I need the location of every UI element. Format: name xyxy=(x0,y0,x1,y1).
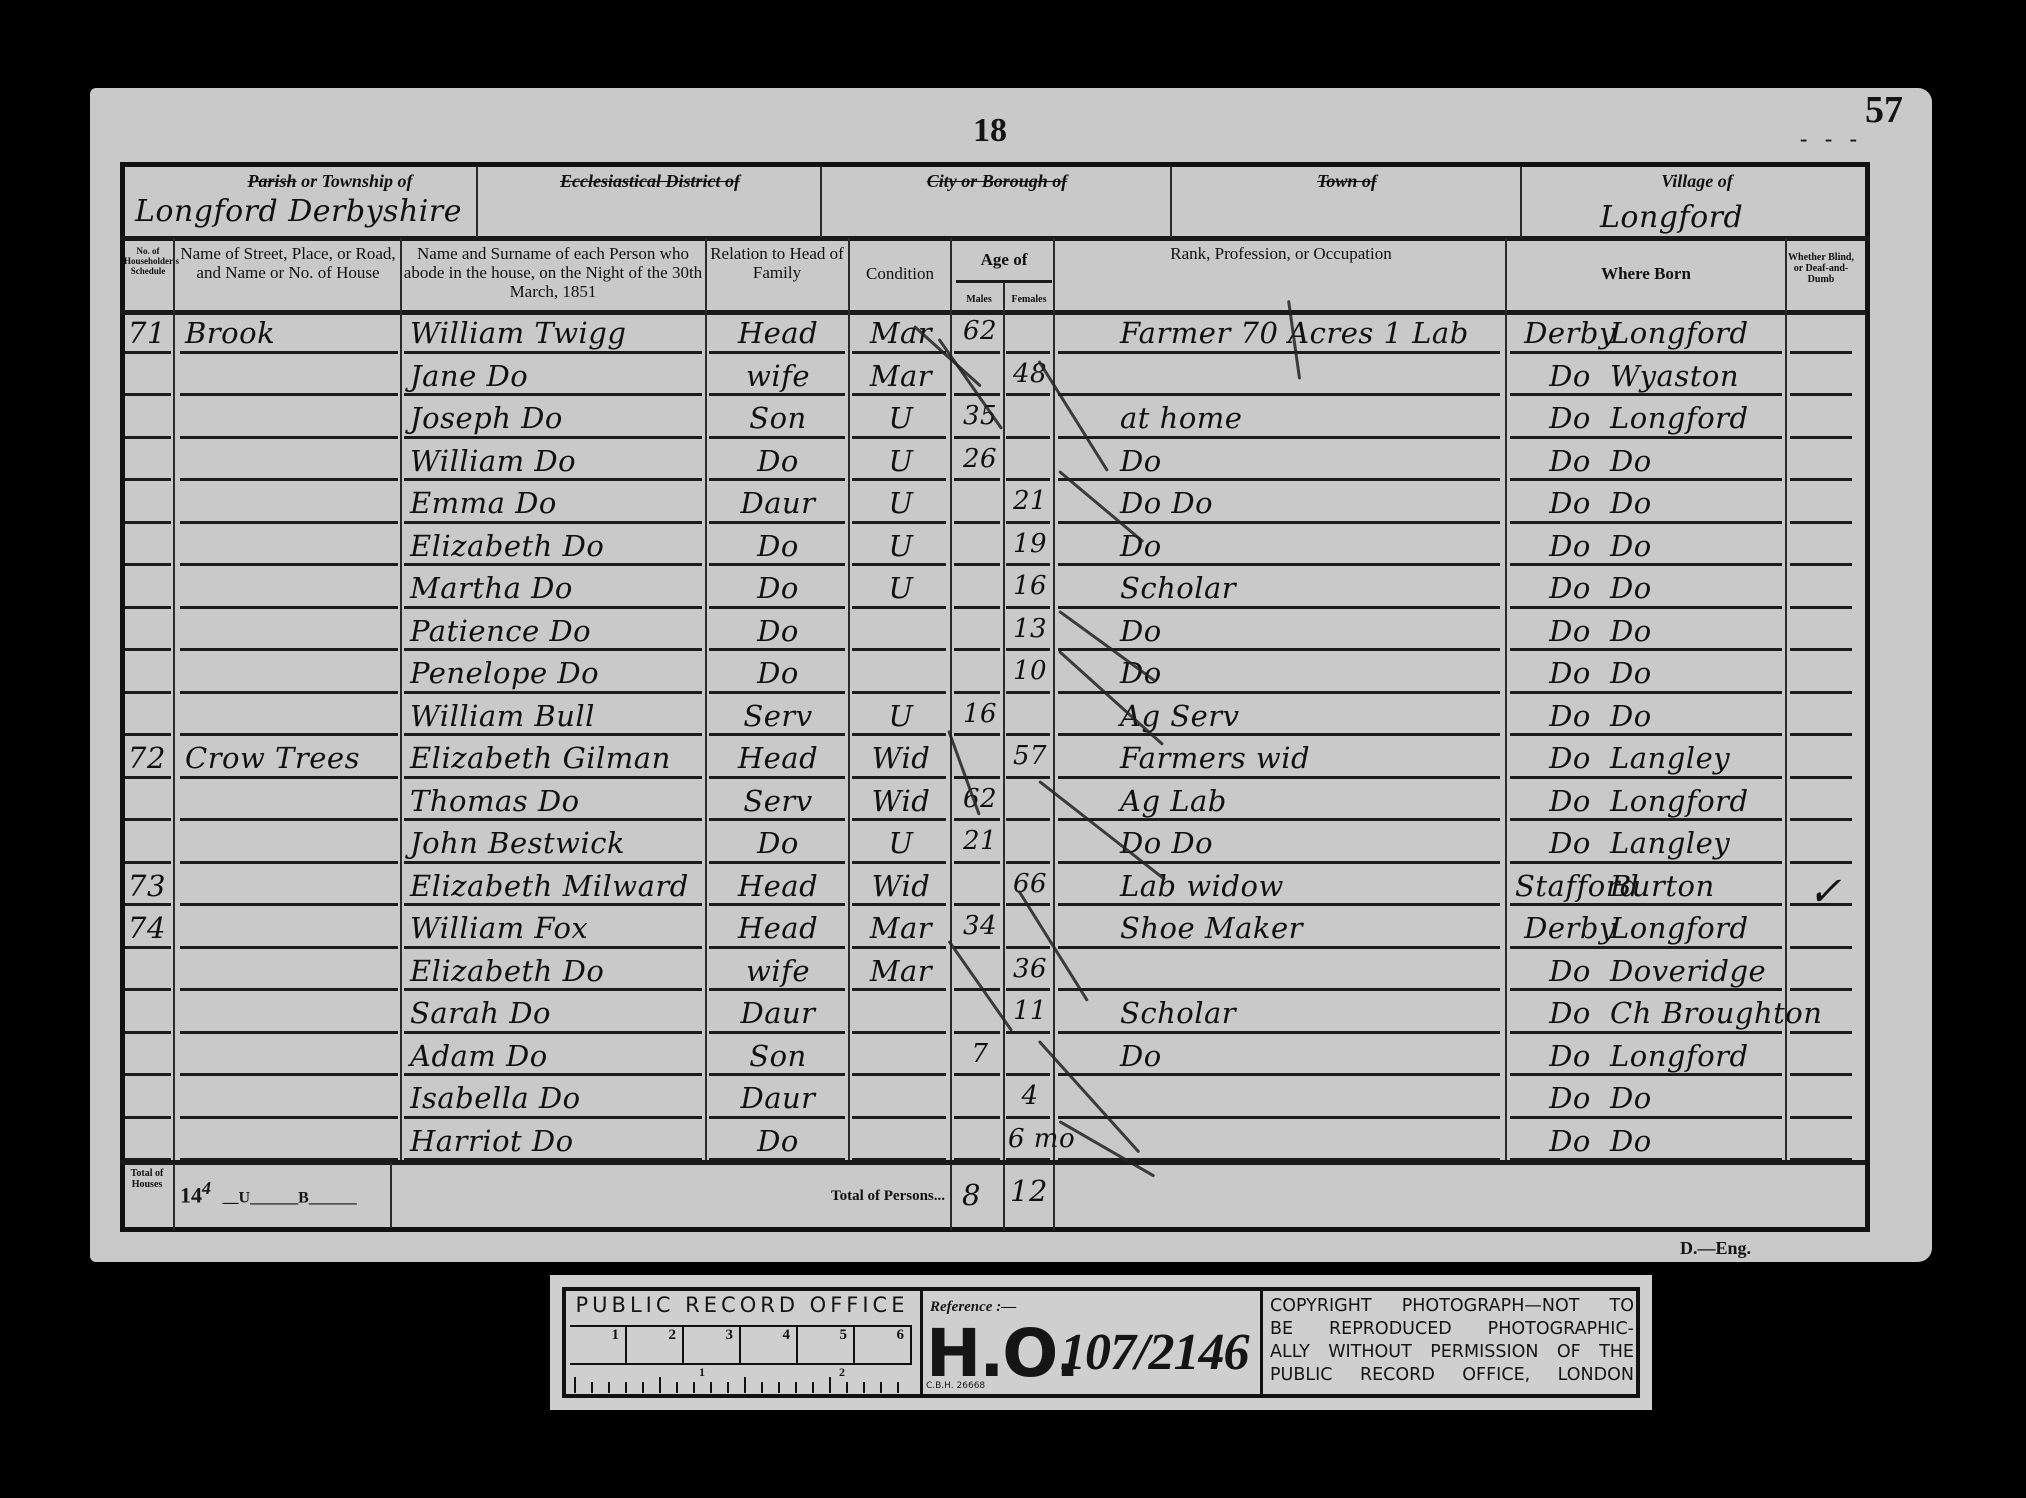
cell-female-age: 13 xyxy=(1008,614,1052,644)
cell-female-age: 36 xyxy=(1008,954,1052,984)
cell-born-place: Langley xyxy=(1610,741,1782,775)
scale-ticks xyxy=(574,1377,910,1393)
cell-schedule: 72 xyxy=(128,741,168,775)
cell-born-county: Do xyxy=(1515,444,1625,478)
cell-condition: Wid xyxy=(856,741,946,775)
cell-relation: Daur xyxy=(712,486,844,520)
cell-relation: Do xyxy=(712,444,844,478)
header-street: Name of Street, Place, or Road, and Name… xyxy=(177,244,399,282)
cell-condition: U xyxy=(856,401,946,435)
parish-label: Parish or Township of xyxy=(200,172,460,191)
header-schedule: No. of Householder's Schedule xyxy=(124,246,172,276)
cell-born-place: Doveridge xyxy=(1610,954,1782,988)
scale-cell: 1 xyxy=(570,1327,627,1363)
header-relation: Relation to Head of Family xyxy=(708,244,846,282)
cell-born-place: Do xyxy=(1610,1081,1782,1115)
cell-condition: U xyxy=(856,571,946,605)
cell-name: Thomas Do xyxy=(410,784,702,818)
cell-born-place: Ch Broughton xyxy=(1610,996,1782,1030)
cell-condition: Mar xyxy=(856,911,946,945)
cell-female-age: 19 xyxy=(1008,529,1052,559)
header-age-of: Age of xyxy=(952,250,1056,269)
reference-panel: Reference :— H.O. 107/2146 C.B.H. 26668 xyxy=(920,1289,1263,1396)
scale-top: 123456 xyxy=(570,1327,912,1363)
cell-male-age: 21 xyxy=(958,826,1002,856)
cell-born-place: Do xyxy=(1610,699,1782,733)
cell-relation: Head xyxy=(712,741,844,775)
cell-born-county: Do xyxy=(1515,954,1625,988)
cell-relation: Head xyxy=(712,316,844,350)
cell-occupation: Do xyxy=(1080,444,1540,478)
cell-name: William Fox xyxy=(410,911,702,945)
cell-born-county: Do xyxy=(1515,571,1625,605)
cell-born-county: Do xyxy=(1515,359,1625,393)
printed-page-number: 18 xyxy=(973,112,1007,150)
cell-born-place: Do xyxy=(1610,486,1782,520)
cell-occupation: Farmer 70 Acres 1 Lab xyxy=(1080,316,1540,350)
cell-born-county: Do xyxy=(1515,996,1625,1030)
copyright-line: PUBLIC RECORD OFFICE, LONDON xyxy=(1270,1364,1634,1387)
cell-born-county: Do xyxy=(1515,741,1625,775)
cell-condition: U xyxy=(856,486,946,520)
cell-name: Penelope Do xyxy=(410,656,702,690)
parish-value: Longford Derbyshire xyxy=(135,194,462,229)
cell-male-age: 7 xyxy=(958,1039,1002,1069)
cell-relation: Do xyxy=(712,529,844,563)
cell-born-county: Derby xyxy=(1515,911,1625,945)
cell-schedule: 73 xyxy=(128,869,168,903)
footer-mark: D.—Eng. xyxy=(1680,1238,1751,1259)
cell-female-age: 21 xyxy=(1008,486,1052,516)
cell-born-county: Do xyxy=(1515,1039,1625,1073)
cell-condition: Mar xyxy=(856,954,946,988)
cell-relation: Head xyxy=(712,869,844,903)
cell-relation: Do xyxy=(712,614,844,648)
cell-street: Crow Trees xyxy=(185,741,395,775)
total-females: 12 xyxy=(1010,1174,1048,1208)
cell-occupation: Farmers wid xyxy=(1080,741,1540,775)
cell-name: Sarah Do xyxy=(410,996,702,1030)
scale-cell: 4 xyxy=(741,1327,798,1363)
scale-cell: 3 xyxy=(684,1327,741,1363)
total-persons-label: Total of Persons... xyxy=(780,1187,945,1206)
cell-born-place: Do xyxy=(1610,1124,1782,1158)
town-label: Town of xyxy=(1174,172,1520,191)
cell-name: Adam Do xyxy=(410,1039,702,1073)
cell-born-place: Do xyxy=(1610,656,1782,690)
cell-name: Martha Do xyxy=(410,571,702,605)
copyright-line: COPYRIGHT PHOTOGRAPH—NOT TO xyxy=(1270,1295,1634,1318)
cbh-code: C.B.H. 26668 xyxy=(926,1381,985,1391)
cell-born-county: Do xyxy=(1515,614,1625,648)
cell-street: Brook xyxy=(185,316,395,350)
copyright-line: BE REPRODUCED PHOTOGRAPHIC- xyxy=(1270,1318,1634,1341)
cell-schedule: 74 xyxy=(128,911,168,945)
cell-occupation: Lab widow xyxy=(1080,869,1540,903)
village-label: Village of xyxy=(1524,172,1870,191)
header-condition: Condition xyxy=(850,264,950,283)
cell-name: Elizabeth Gilman xyxy=(410,741,702,775)
cell-female-age: 4 xyxy=(1008,1081,1052,1111)
cell-relation: Son xyxy=(712,401,844,435)
cell-male-age: 35 xyxy=(958,401,1002,431)
cell-schedule: 71 xyxy=(128,316,168,350)
cell-name: Patience Do xyxy=(410,614,702,648)
cell-born-place: Burton xyxy=(1610,869,1782,903)
cell-born-county: Do xyxy=(1515,486,1625,520)
cell-born-place: Langley xyxy=(1610,826,1782,860)
cell-female-age: 11 xyxy=(1008,996,1052,1026)
header-females: Females xyxy=(1004,290,1054,309)
cell-name: Emma Do xyxy=(410,486,702,520)
cell-occupation: Ag Lab xyxy=(1080,784,1540,818)
city-label: City or Borough of xyxy=(824,172,1170,191)
cell-relation: Do xyxy=(712,826,844,860)
header-where-born: Where Born xyxy=(1508,264,1784,283)
cell-name: Jane Do xyxy=(410,359,702,393)
office-name: PUBLIC RECORD OFFICE xyxy=(564,1293,920,1317)
cell-name: Elizabeth Milward xyxy=(410,869,702,903)
cell-condition: U xyxy=(856,699,946,733)
cell-occupation: Do Do xyxy=(1080,826,1540,860)
cell-relation: wife xyxy=(712,359,844,393)
cell-relation: Serv xyxy=(712,699,844,733)
cell-occupation: Do xyxy=(1080,656,1540,690)
cell-male-age: 62 xyxy=(958,784,1002,814)
cell-male-age: 62 xyxy=(958,316,1002,346)
cell-born-county: Stafford xyxy=(1515,869,1625,903)
cell-name: Isabella Do xyxy=(410,1081,702,1115)
folio-dots: - - - xyxy=(1800,126,1863,152)
cell-name: Elizabeth Do xyxy=(410,954,702,988)
header-occupation: Rank, Profession, or Occupation xyxy=(1058,244,1504,263)
cell-occupation: Do xyxy=(1080,1039,1540,1073)
header-males: Males xyxy=(954,290,1004,309)
cell-condition: Mar xyxy=(856,359,946,393)
cell-born-county: Do xyxy=(1515,784,1625,818)
cell-relation: wife xyxy=(712,954,844,988)
cell-born-place: Do xyxy=(1610,529,1782,563)
cell-born-county: Derby xyxy=(1515,316,1625,350)
scale-cell: 2 xyxy=(627,1327,684,1363)
cell-condition: Wid xyxy=(856,869,946,903)
cell-name: Elizabeth Do xyxy=(410,529,702,563)
cell-female-age: 57 xyxy=(1008,741,1052,771)
cell-condition: Wid xyxy=(856,784,946,818)
cell-blind: ✓ xyxy=(1795,869,1855,915)
cell-condition: U xyxy=(856,826,946,860)
scale-cell: 5 xyxy=(798,1327,855,1363)
public-record-office-banner: PUBLIC RECORD OFFICE 123456 1 2 Referenc… xyxy=(550,1275,1652,1410)
cell-born-place: Longford xyxy=(1610,784,1782,818)
cell-occupation: Do Do xyxy=(1080,486,1540,520)
cell-occupation: Do xyxy=(1080,614,1540,648)
cell-female-age: 66 xyxy=(1008,869,1052,899)
cell-born-place: Longford xyxy=(1610,401,1782,435)
village-value: Longford xyxy=(1600,200,1743,235)
cell-born-place: Do xyxy=(1610,614,1782,648)
cell-name: William Do xyxy=(410,444,702,478)
cell-born-place: Longford xyxy=(1610,316,1782,350)
cell-born-county: Do xyxy=(1515,656,1625,690)
cell-name: Harriot Do xyxy=(410,1124,702,1158)
total-houses-value: 144 __U______B______ xyxy=(180,1178,357,1208)
cell-female-age: 10 xyxy=(1008,656,1052,686)
cell-born-county: Do xyxy=(1515,826,1625,860)
cell-relation: Serv xyxy=(712,784,844,818)
copyright-notice: COPYRIGHT PHOTOGRAPH—NOT TOBE REPRODUCED… xyxy=(1270,1295,1634,1387)
cell-name: John Bestwick xyxy=(410,826,702,860)
cell-male-age: 16 xyxy=(958,699,1002,729)
cell-born-place: Longford xyxy=(1610,1039,1782,1073)
reference-piece: 107/2146 xyxy=(1060,1323,1248,1382)
scale-ruler: PUBLIC RECORD OFFICE 123456 1 2 xyxy=(564,1289,923,1396)
cell-relation: Do xyxy=(712,571,844,605)
cell-relation: Do xyxy=(712,656,844,690)
header-name: Name and Surname of each Person who abod… xyxy=(402,244,704,301)
total-males: 8 xyxy=(962,1178,981,1212)
cell-occupation: Scholar xyxy=(1080,571,1540,605)
cell-name: William Twigg xyxy=(410,316,702,350)
cell-born-place: Do xyxy=(1610,444,1782,478)
cell-born-county: Do xyxy=(1515,529,1625,563)
cell-born-place: Longford xyxy=(1610,911,1782,945)
cell-female-age: 6 mo xyxy=(1008,1124,1052,1154)
cell-male-age: 34 xyxy=(958,911,1002,941)
cell-relation: Son xyxy=(712,1039,844,1073)
cell-relation: Daur xyxy=(712,996,844,1030)
cell-male-age: 26 xyxy=(958,444,1002,474)
cell-occupation: Do xyxy=(1080,529,1540,563)
cell-born-county: Do xyxy=(1515,699,1625,733)
cell-name: William Bull xyxy=(410,699,702,733)
cell-born-county: Do xyxy=(1515,401,1625,435)
header-blind: Whether Blind, or Deaf-and-Dumb xyxy=(1788,252,1854,285)
cell-occupation: Ag Serv xyxy=(1080,699,1540,733)
folio-number: 57 xyxy=(1865,88,1903,132)
cell-relation: Head xyxy=(712,911,844,945)
ecclesiastical-label: Ecclesiastical District of xyxy=(480,172,820,191)
cell-occupation: Scholar xyxy=(1080,996,1540,1030)
total-houses-label: Total of Houses xyxy=(122,1168,172,1190)
cell-relation: Do xyxy=(712,1124,844,1158)
cell-condition: U xyxy=(856,529,946,563)
cell-born-place: Do xyxy=(1610,571,1782,605)
cell-relation: Daur xyxy=(712,1081,844,1115)
scale-cell: 6 xyxy=(855,1327,912,1363)
cell-name: Joseph Do xyxy=(410,401,702,435)
reference-label: Reference :— xyxy=(930,1299,1016,1316)
copyright-line: ALLY WITHOUT PERMISSION OF THE xyxy=(1270,1341,1634,1364)
cell-occupation: at home xyxy=(1080,401,1540,435)
cell-born-place: Wyaston xyxy=(1610,359,1782,393)
cell-female-age: 16 xyxy=(1008,571,1052,601)
cell-born-county: Do xyxy=(1515,1124,1625,1158)
cell-occupation: Shoe Maker xyxy=(1080,911,1540,945)
cell-born-county: Do xyxy=(1515,1081,1625,1115)
cell-condition: U xyxy=(856,444,946,478)
